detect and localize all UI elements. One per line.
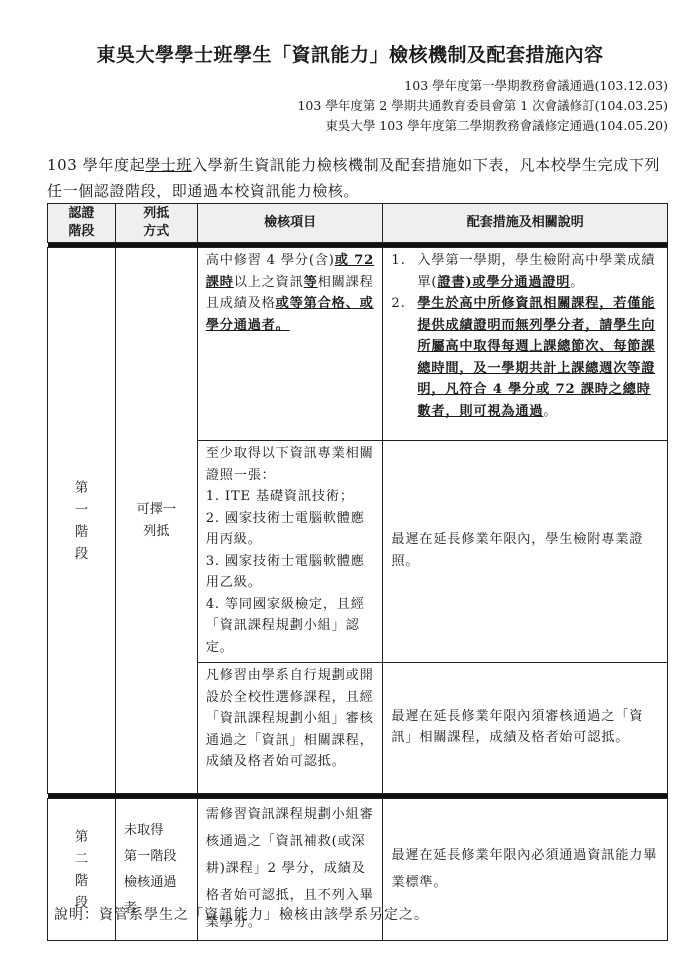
check-item-courses: 凡修習由學系自行規劃或開設於全校性選修課程，且經「資訊課程規劃小組」審核通過之「… <box>197 663 383 794</box>
intro-paragraph: 103 學年度起學士班入學新生資訊能力檢核機制及配套措施如下表，凡本校學生完成下… <box>47 152 672 204</box>
item-emphasis: 等 <box>304 275 318 290</box>
item-line: 4. 等同國家級檢定，且經「資訊課程規劃小組」認定。 <box>206 594 377 659</box>
measure-plain: 。 <box>570 275 584 290</box>
measure-item: 2. 學生於高中所修資訊相關課程，若僅能提供成績證明而無列學分者，請學生向所屬高… <box>391 293 661 422</box>
header-measures: 配套措施及相關說明 <box>383 204 668 243</box>
header-text: 階段 <box>48 223 115 241</box>
check-item-certificates: 至少取得以下資訊專業相關證照一張： 1. ITE 基礎資訊技術； 2. 國家技術… <box>197 441 383 663</box>
list-number: 2. <box>391 293 417 422</box>
measure-emphasis: 學生於高中所修資訊相關課程，若僅能提供成績證明而無列學分者，請學生向所屬高中取得… <box>417 296 655 419</box>
header-text: 列抵 <box>116 205 197 223</box>
measure-text: 入學第一學期，學生檢附高中學業成績單(證書)或學分通過證明。 <box>417 250 661 293</box>
measure-item: 1. 入學第一學期，學生檢附高中學業成績單(證書)或學分通過證明。 <box>391 250 661 293</box>
stage-char: 一 <box>48 499 115 521</box>
stage-char: 第 <box>48 477 115 499</box>
revision-line: 103 學年度第 2 學期共通教育委員會第 1 次會議修訂(104.03.25) <box>297 96 668 116</box>
item-text: 高中修習 4 學分(含) <box>206 253 335 268</box>
measures-credits: 1. 入學第一學期，學生檢附高中學業成績單(證書)或學分通過證明。 2. 學生於… <box>383 248 668 441</box>
item-line: 1. ITE 基礎資訊技術； <box>206 486 377 508</box>
measure-plain: 。 <box>543 404 557 419</box>
measures-list: 1. 入學第一學期，學生檢附高中學業成績單(證書)或學分通過證明。 2. 學生於… <box>383 248 667 424</box>
measure-text: 學生於高中所修資訊相關課程，若僅能提供成績證明而無列學分者，請學生向所屬高中取得… <box>417 293 661 422</box>
stage-1-label: 第 一 階 段 <box>48 248 116 794</box>
stage-char: 階 <box>48 870 115 892</box>
revision-line: 103 學年度第一學期教務會議通過(103.12.03) <box>297 76 668 96</box>
stage-char: 階 <box>48 521 115 543</box>
method-text: 可擇一 <box>116 499 197 521</box>
table-row: 第 一 階 段 可擇一 列抵 高中修習 4 學分(含)或 72 課時以上之資訊等… <box>48 248 668 441</box>
method-text: 檢核通過 <box>124 870 197 896</box>
list-number: 1. <box>391 250 417 293</box>
stage-char: 二 <box>48 848 115 870</box>
item-line: 2. 國家技術士電腦軟體應用丙級。 <box>206 508 377 551</box>
header-method: 列抵 方式 <box>115 204 197 243</box>
item-line: 至少取得以下資訊專業相關證照一張： <box>206 443 377 486</box>
stage-1-method: 可擇一 列抵 <box>115 248 197 794</box>
document-title: 東吳大學學士班學生「資訊能力」檢核機制及配套措施內容 <box>0 40 700 67</box>
table-header-row: 認證 階段 列抵 方式 檢核項目 配套措施及相關說明 <box>48 204 668 243</box>
footnote: 說明：資管系學生之「資訊能力」檢核由該學系另定之。 <box>54 904 429 924</box>
stage-char: 段 <box>48 543 115 565</box>
measure-emphasis: 證書)或學分通過證明 <box>437 275 570 290</box>
header-item: 檢核項目 <box>197 204 383 243</box>
check-item-credits: 高中修習 4 學分(含)或 72 課時以上之資訊等相關課程且成績及格或等第合格、… <box>197 248 383 441</box>
item-line: 3. 國家技術士電腦軟體應用乙級。 <box>206 551 377 594</box>
method-text: 第一階段 <box>124 844 197 870</box>
revision-line: 東吳大學 103 學年度第二學期教務會議修定通過(104.05.20) <box>297 116 668 136</box>
header-stage: 認證 階段 <box>48 204 116 243</box>
header-text: 方式 <box>116 223 197 241</box>
intro-text: 103 學年度起 <box>47 156 145 174</box>
method-text: 列抵 <box>116 521 197 543</box>
measures-courses: 最遲在延長修業年限內須審核通過之「資訊」相關課程，成績及格者始可認抵。 <box>383 663 668 794</box>
intro-underlined: 學士班 <box>145 156 192 174</box>
certification-table: 認證 階段 列抵 方式 檢核項目 配套措施及相關說明 第 一 階 段 可擇一 列… <box>47 203 668 941</box>
stage-char: 第 <box>48 826 115 848</box>
method-text: 未取得 <box>124 818 197 844</box>
header-text: 認證 <box>48 205 115 223</box>
item-text: 以上之資訊 <box>234 275 304 290</box>
measures-certificates: 最遲在延長修業年限內，學生檢附專業證照。 <box>383 441 668 663</box>
revision-history: 103 學年度第一學期教務會議通過(103.12.03) 103 學年度第 2 … <box>297 76 668 136</box>
